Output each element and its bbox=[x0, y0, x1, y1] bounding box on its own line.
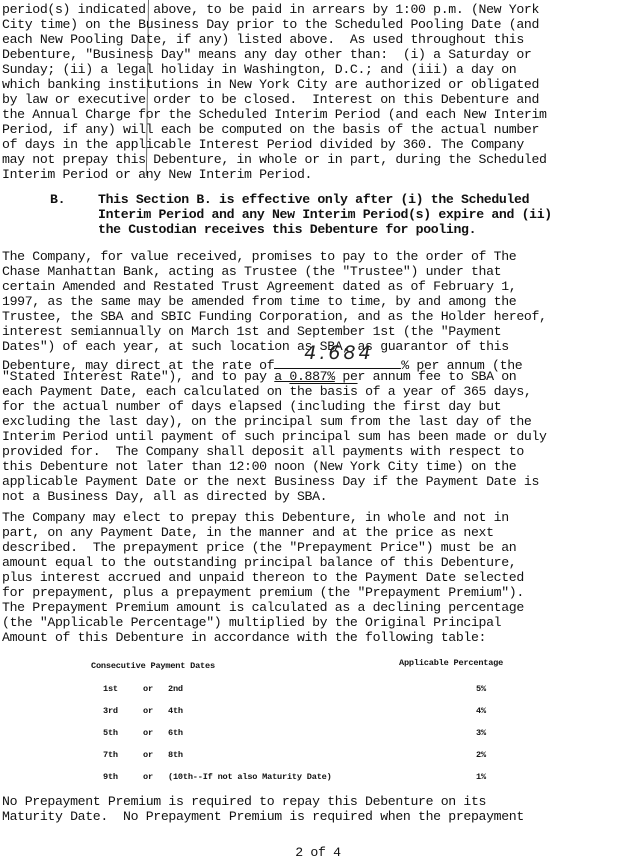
text-line: The Company may elect to prepay this Deb… bbox=[2, 511, 509, 526]
section-b-line: This Section B. is effective only after … bbox=[98, 193, 529, 208]
text-line: Sunday; (ii) a legal holiday in Washingt… bbox=[2, 63, 516, 78]
text-line: Maturity Date. No Prepayment Premium is … bbox=[2, 810, 524, 825]
rate-blank-field: 4.684 bbox=[274, 355, 401, 369]
text-line: City time) on the Business Day prior to … bbox=[2, 18, 539, 33]
cell-or: or bbox=[143, 770, 153, 785]
basis-suffix: of a year of 365 days, bbox=[358, 384, 532, 399]
fee-suffix: per annum fee to SBA on bbox=[335, 369, 517, 384]
cell-or: or bbox=[143, 748, 153, 763]
text-line: Debenture, "Business Day" means any day … bbox=[2, 48, 531, 63]
page-number: 2 of 4 bbox=[0, 846, 636, 861]
basis-line: each Payment Date, each calculated on th… bbox=[2, 385, 531, 400]
text-line: The Prepayment Premium amount is calcula… bbox=[2, 601, 524, 616]
section-b-letter: B. bbox=[50, 193, 65, 208]
text-line: provided for. The Company shall deposit … bbox=[2, 445, 524, 460]
fee-value: a 0.887% bbox=[274, 369, 335, 384]
text-line: The Company, for value received, promise… bbox=[2, 250, 516, 265]
text-line: certain Amended and Restated Trust Agree… bbox=[2, 280, 516, 295]
text-line: excluding the last day), on the principa… bbox=[2, 415, 531, 430]
cell-first: 1st bbox=[103, 682, 118, 697]
text-line: Interim Period until payment of such pri… bbox=[2, 430, 547, 445]
text-line: of days in the applicable Interest Perio… bbox=[2, 138, 524, 153]
fee-line: "Stated Interest Rate"), and to pay a 0.… bbox=[2, 370, 516, 385]
text-line: the Annual Charge for the Scheduled Inte… bbox=[2, 108, 547, 123]
cell-first: 3rd bbox=[103, 704, 118, 719]
cell-first: 5th bbox=[103, 726, 118, 741]
basis-overlined: the basis bbox=[289, 384, 357, 399]
section-b-line: the Custodian receives this Debenture fo… bbox=[98, 223, 476, 238]
text-line: part, on any Payment Date, in the manner… bbox=[2, 526, 494, 541]
cell-or: or bbox=[143, 704, 153, 719]
text-line: for the actual number of days elapsed (i… bbox=[2, 400, 501, 415]
text-line: applicable Payment Date or the next Busi… bbox=[2, 475, 539, 490]
cell-percentage: 4% bbox=[476, 704, 486, 719]
table-row: 5th or 6th 3% bbox=[0, 726, 636, 738]
text-line: may not prepay this Debenture, in whole … bbox=[2, 153, 547, 168]
cell-second: 8th bbox=[168, 748, 183, 763]
text-line: Dates") of each year, at such location a… bbox=[2, 340, 509, 355]
cell-percentage: 2% bbox=[476, 748, 486, 763]
text-line: No Prepayment Premium is required to rep… bbox=[2, 795, 486, 810]
text-line: amount equal to the outstanding principa… bbox=[2, 556, 516, 571]
table-header-applicable-percentage: Applicable Percentage bbox=[399, 656, 503, 671]
document-page: period(s) indicated above, to be paid in… bbox=[0, 0, 636, 865]
text-line: described. The prepayment price (the "Pr… bbox=[2, 541, 516, 556]
text-line: Trustee, the SBA and SBIC Funding Corpor… bbox=[2, 310, 547, 325]
fee-prefix: "Stated Interest Rate"), and to pay bbox=[2, 369, 274, 384]
text-line: Interim Period or any New Interim Period… bbox=[2, 168, 312, 183]
table-row: 1st or 2nd 5% bbox=[0, 682, 636, 694]
cell-second: (10th--If not also Maturity Date) bbox=[168, 770, 332, 785]
cell-percentage: 3% bbox=[476, 726, 486, 741]
text-line: Amount of this Debenture in accordance w… bbox=[2, 631, 486, 646]
text-line: for prepayment, plus a prepayment premiu… bbox=[2, 586, 524, 601]
cell-percentage: 1% bbox=[476, 770, 486, 785]
text-line: 1997, as the same may be amended from ti… bbox=[2, 295, 516, 310]
table-row: 7th or 8th 2% bbox=[0, 748, 636, 760]
text-line: this Debenture not later than 12:00 noon… bbox=[2, 460, 516, 475]
text-line: period(s) indicated above, to be paid in… bbox=[2, 3, 539, 18]
text-line: not a Business Day, all as directed by S… bbox=[2, 490, 327, 505]
cell-second: 4th bbox=[168, 704, 183, 719]
text-line: Chase Manhattan Bank, acting as Trustee … bbox=[2, 265, 501, 280]
text-line: each New Pooling Date, if any) listed ab… bbox=[2, 33, 524, 48]
cell-second: 2nd bbox=[168, 682, 183, 697]
text-line: which banking institutions in New York C… bbox=[2, 78, 539, 93]
text-line: by law or executive order to be closed. … bbox=[2, 93, 539, 108]
handwritten-rate: 4.684 bbox=[304, 346, 373, 361]
cell-first: 7th bbox=[103, 748, 118, 763]
table-row: 3rd or 4th 4% bbox=[0, 704, 636, 716]
cell-second: 6th bbox=[168, 726, 183, 741]
cell-percentage: 5% bbox=[476, 682, 486, 697]
cell-or: or bbox=[143, 682, 153, 697]
section-b-line: Interim Period and any New Interim Perio… bbox=[98, 208, 552, 223]
text-line: plus interest accrued and unpaid thereon… bbox=[2, 571, 524, 586]
text-line: (the "Applicable Percentage") multiplied… bbox=[2, 616, 501, 631]
table-row: 9th or (10th--If not also Maturity Date)… bbox=[0, 770, 636, 782]
table-header-payment-dates: Consecutive Payment Dates bbox=[91, 659, 215, 674]
text-line: Period, if any) will each be computed on… bbox=[2, 123, 539, 138]
basis-prefix: each Payment Date, each calculated on bbox=[2, 384, 289, 399]
text-line: interest semiannually on March 1st and S… bbox=[2, 325, 501, 340]
cell-or: or bbox=[143, 726, 153, 741]
cell-first: 9th bbox=[103, 770, 118, 785]
